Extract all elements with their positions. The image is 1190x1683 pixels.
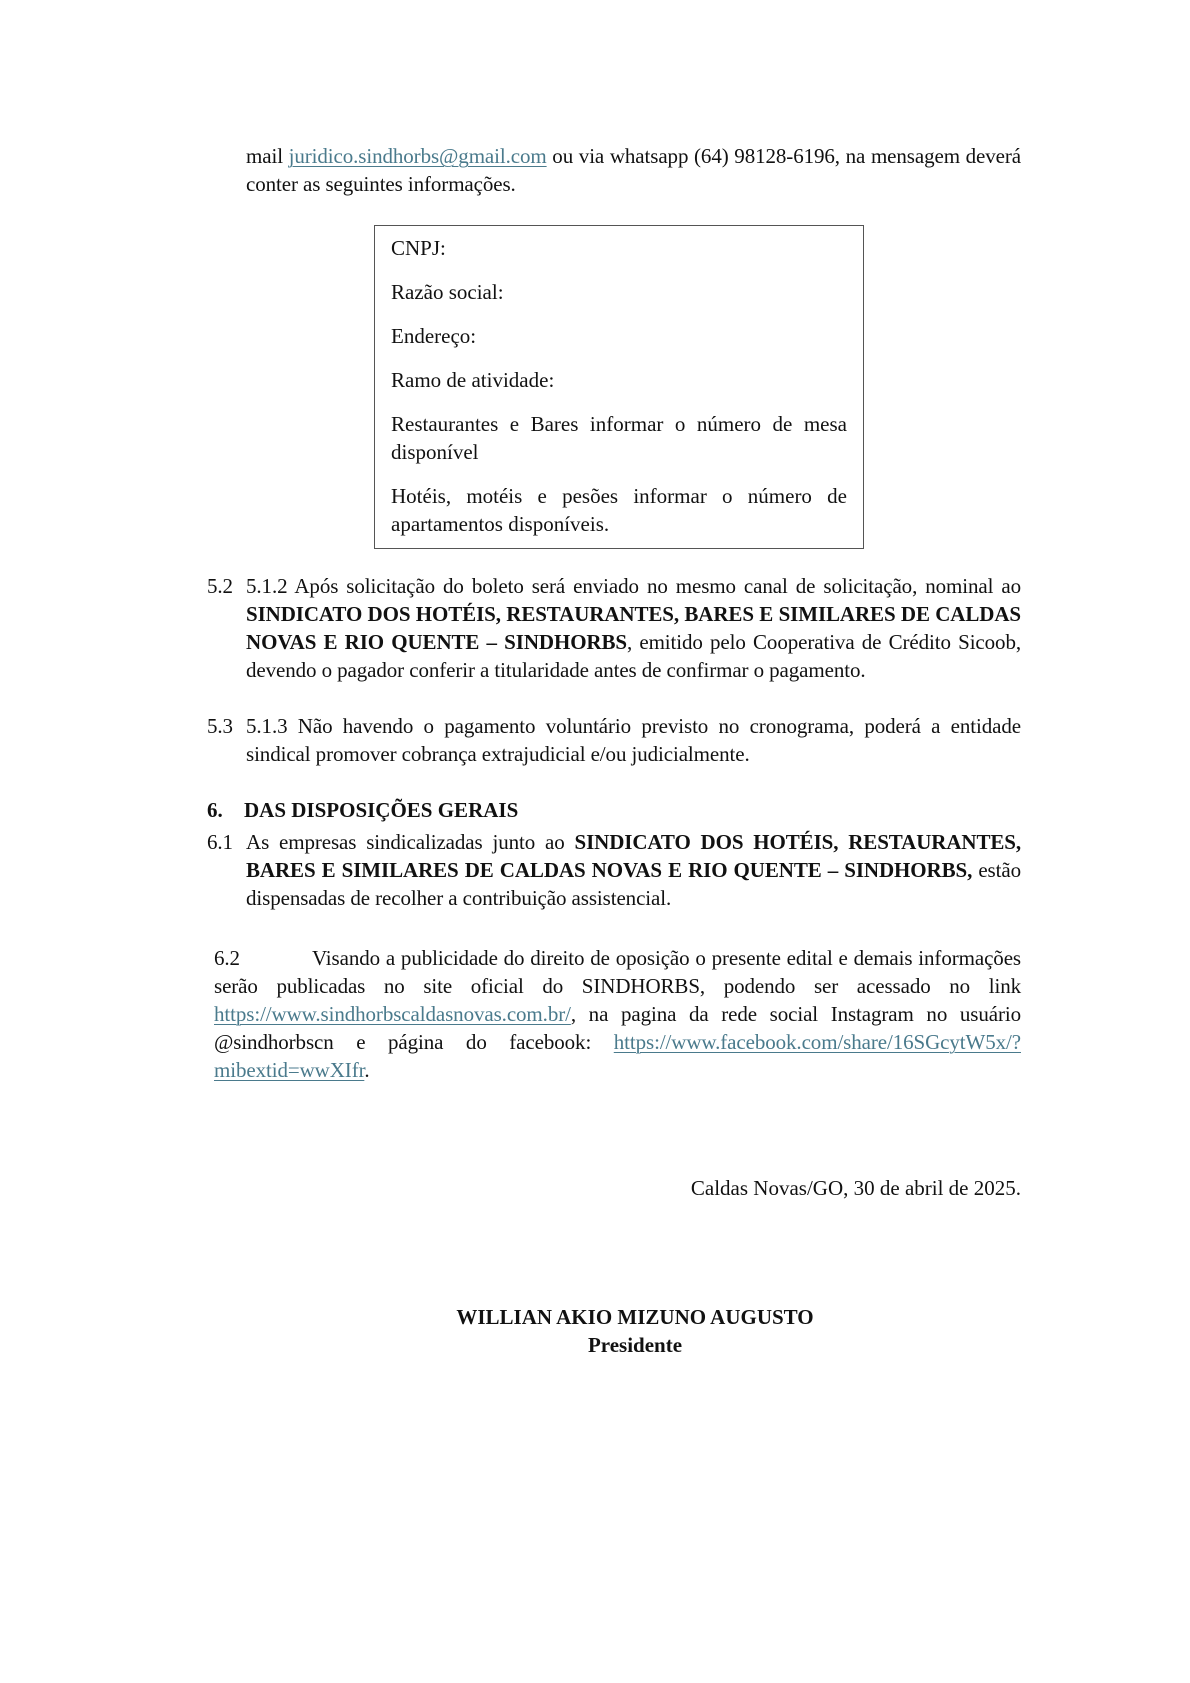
clause-number: 5.3 [207, 712, 246, 740]
field-cnpj: CNPJ: [391, 234, 847, 262]
clause-text: As empresas sindicalizadas junto ao [246, 830, 574, 854]
section-heading-6: 6.DAS DISPOSIÇÕES GERAIS [207, 796, 518, 824]
signer-title: Presidente [0, 1331, 1190, 1359]
clause-number: 6.2 [214, 944, 312, 972]
clause-body: 5.1.3 Não havendo o pagamento voluntário… [246, 712, 1021, 768]
clause-6-1: 6.1 As empresas sindicalizadas junto ao … [207, 828, 1021, 912]
clause-number: 6.1 [207, 828, 246, 856]
clause-text: 5.1.2 Após solicitação do boleto será en… [246, 574, 1021, 598]
field-endereco: Endereço: [391, 322, 847, 350]
section-number: 6. [207, 796, 244, 824]
section-title: DAS DISPOSIÇÕES GERAIS [244, 798, 518, 822]
field-razao-social: Razão social: [391, 278, 847, 306]
contact-paragraph: mail juridico.sindhorbs@gmail.com ou via… [246, 142, 1021, 198]
clause-5-2: 5.2 5.1.2 Após solicitação do boleto ser… [207, 572, 1021, 684]
clause-5-3: 5.3 5.1.3 Não havendo o pagamento volunt… [207, 712, 1021, 768]
email-link[interactable]: juridico.sindhorbs@gmail.com [289, 144, 547, 168]
clause-text: Visando a publicidade do direito de opos… [214, 946, 1021, 998]
field-ramo-atividade: Ramo de atividade: [391, 366, 847, 394]
clause-body: As empresas sindicalizadas junto ao SIND… [246, 828, 1021, 912]
website-link[interactable]: https://www.sindhorbscaldasnovas.com.br/ [214, 1002, 571, 1026]
clause-number: 5.2 [207, 572, 246, 600]
signature-block: WILLIAN AKIO MIZUNO AUGUSTO Presidente [0, 1303, 1190, 1359]
field-restaurantes-bares: Restaurantes e Bares informar o número d… [391, 410, 847, 466]
field-hoteis-moteis: Hotéis, motéis e pesões informar o númer… [391, 482, 847, 538]
place-and-date: Caldas Novas/GO, 30 de abril de 2025. [691, 1174, 1021, 1202]
clause-body: 5.1.2 Após solicitação do boleto será en… [246, 572, 1021, 684]
clause-6-2: 6.2Visando a publicidade do direito de o… [214, 944, 1021, 1084]
clause-text: . [364, 1058, 369, 1082]
document-page: mail juridico.sindhorbs@gmail.com ou via… [0, 0, 1190, 1683]
signer-name: WILLIAN AKIO MIZUNO AUGUSTO [0, 1303, 1190, 1331]
required-info-box: CNPJ: Razão social: Endereço: Ramo de at… [374, 225, 864, 549]
intro-prefix: mail [246, 144, 289, 168]
